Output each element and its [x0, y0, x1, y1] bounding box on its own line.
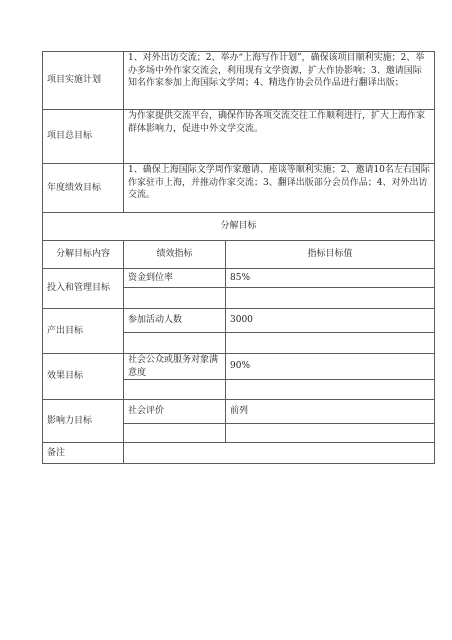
performance-target-table: 项目实施计划 1、对外出访交流；2、举办“上海写作计划”，确保该项目顺利实施；2… [42, 51, 435, 464]
indicator-participants-count: 参加活动人数 [124, 309, 226, 333]
empty-cell [124, 380, 226, 400]
indicator-public-satisfaction: 社会公众或服务对象满意度 [124, 354, 226, 380]
empty-cell [226, 424, 435, 443]
category-input-management-goal: 投入和管理目标 [43, 269, 124, 309]
indicator-fund-arrival-rate: 资金到位率 [124, 269, 226, 288]
row-label-remark: 备注 [43, 443, 124, 464]
section-title-breakdown-goals: 分解目标 [43, 213, 435, 241]
row-label-implementation-plan: 项目实施计划 [43, 52, 124, 110]
target-participants-count: 3000 [226, 309, 435, 333]
row-label-annual-performance-goal: 年度绩效目标 [43, 164, 124, 213]
empty-cell [124, 424, 226, 443]
cell-overall-goal: 为作家提供交流平台，确保作协各项交流交往工作顺利进行，扩大上海作家群体影响力，促… [124, 110, 435, 164]
category-influence-goal: 影响力目标 [43, 400, 124, 443]
empty-cell [226, 333, 435, 354]
table-row: 投入和管理目标 资金到位率 85% [43, 269, 435, 288]
target-social-evaluation: 前列 [226, 400, 435, 424]
table-row: 产出目标 参加活动人数 3000 [43, 309, 435, 333]
category-effect-goal: 效果目标 [43, 354, 124, 400]
table-row: 分解目标内容 绩效指标 指标目标值 [43, 241, 435, 269]
header-indicator-target: 指标目标值 [226, 241, 435, 269]
target-public-satisfaction: 90% [226, 354, 435, 380]
category-output-goal: 产出目标 [43, 309, 124, 354]
indicator-social-evaluation: 社会评价 [124, 400, 226, 424]
row-label-overall-goal: 项目总目标 [43, 110, 124, 164]
empty-cell [226, 288, 435, 309]
cell-annual-performance-goal: 1、确保上海国际文学周作家邀请、座谈等顺利实施；2、邀请10名左右国际作家驻市上… [124, 164, 435, 213]
table-row: 效果目标 社会公众或服务对象满意度 90% [43, 354, 435, 380]
document-page: 项目实施计划 1、对外出访交流；2、举办“上海写作计划”，确保该项目顺利实施；2… [0, 0, 452, 640]
table-row: 项目实施计划 1、对外出访交流；2、举办“上海写作计划”，确保该项目顺利实施；2… [43, 52, 435, 110]
table-row: 项目总目标 为作家提供交流平台，确保作协各项交流交往工作顺利进行，扩大上海作家群… [43, 110, 435, 164]
header-performance-indicator: 绩效指标 [124, 241, 226, 269]
cell-remark-value [124, 443, 435, 464]
table-row: 年度绩效目标 1、确保上海国际文学周作家邀请、座谈等顺利实施；2、邀请10名左右… [43, 164, 435, 213]
empty-cell [124, 288, 226, 309]
empty-cell [226, 380, 435, 400]
target-fund-arrival-rate: 85% [226, 269, 435, 288]
cell-implementation-plan: 1、对外出访交流；2、举办“上海写作计划”，确保该项目顺利实施；2、举办多场中外… [124, 52, 435, 110]
table-row: 备注 [43, 443, 435, 464]
table-row: 分解目标 [43, 213, 435, 241]
header-breakdown-content: 分解目标内容 [43, 241, 124, 269]
table-row: 影响力目标 社会评价 前列 [43, 400, 435, 424]
empty-cell [124, 333, 226, 354]
